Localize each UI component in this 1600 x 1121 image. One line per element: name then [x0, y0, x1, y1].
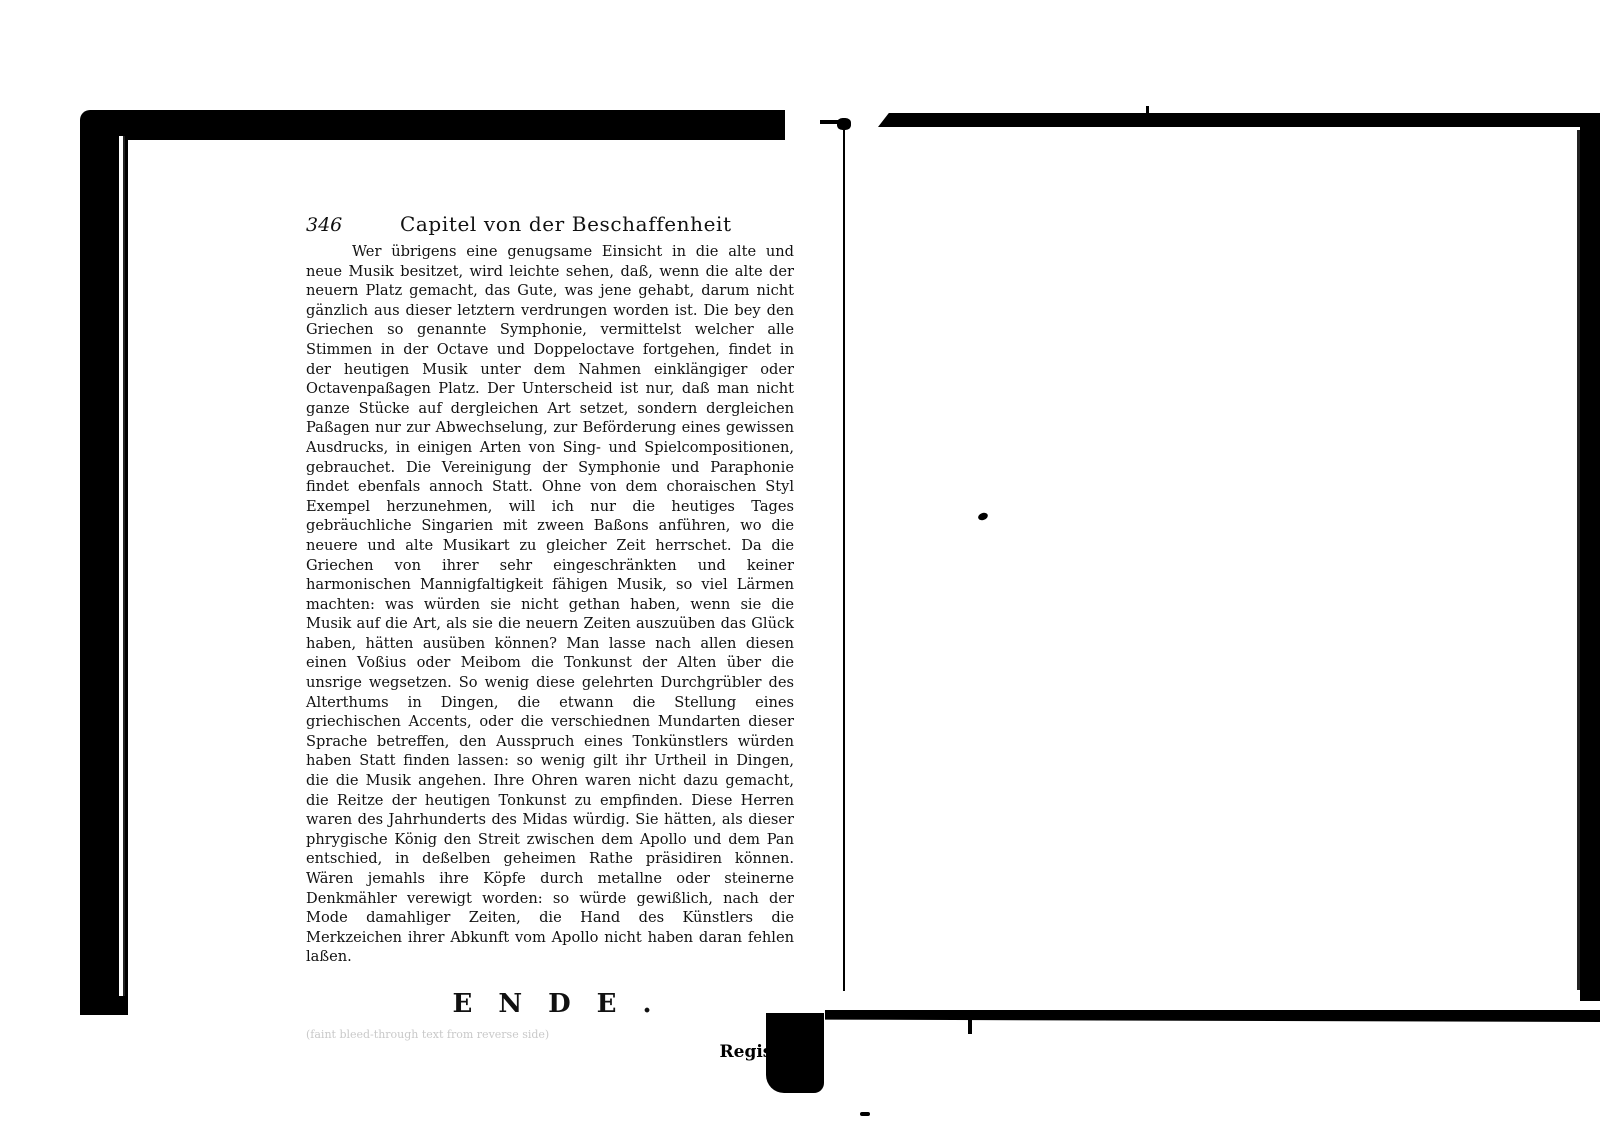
left-page-inner-edge: [117, 136, 125, 996]
running-head-title: Capitel von der Beschaffenheit: [400, 212, 732, 236]
spine-ink-blot: [837, 118, 851, 130]
bottom-stray-mark: [860, 1112, 870, 1116]
bleed-through-text: (faint bleed-through text from reverse s…: [306, 1027, 794, 1097]
top-edge-nub: [1146, 106, 1149, 114]
right-page-top-corner: [820, 120, 838, 124]
bottom-spine-blot: [766, 1013, 824, 1093]
right-page-bottom-edge: [825, 1010, 1600, 1022]
bleed-through-label: (faint bleed-through text from reverse s…: [306, 1028, 549, 1041]
running-head: 346 Capitel von der Beschaffenheit: [306, 212, 794, 242]
right-page-content: [860, 140, 1560, 990]
right-page-top-edge: [878, 113, 1600, 127]
page-number: 346: [306, 214, 364, 236]
spine-gutter-line: [843, 123, 845, 991]
body-paragraph: Wer übrigens eine genugsame Einsicht in …: [306, 242, 794, 967]
end-mark: ENDE.: [306, 989, 794, 1019]
right-page-inner-edge: [1577, 130, 1580, 990]
right-page-outer-edge: [1580, 113, 1600, 1001]
left-page-text-block: 346 Capitel von der Beschaffenheit Wer ü…: [306, 212, 794, 1097]
bottom-edge-tick: [968, 1020, 972, 1034]
